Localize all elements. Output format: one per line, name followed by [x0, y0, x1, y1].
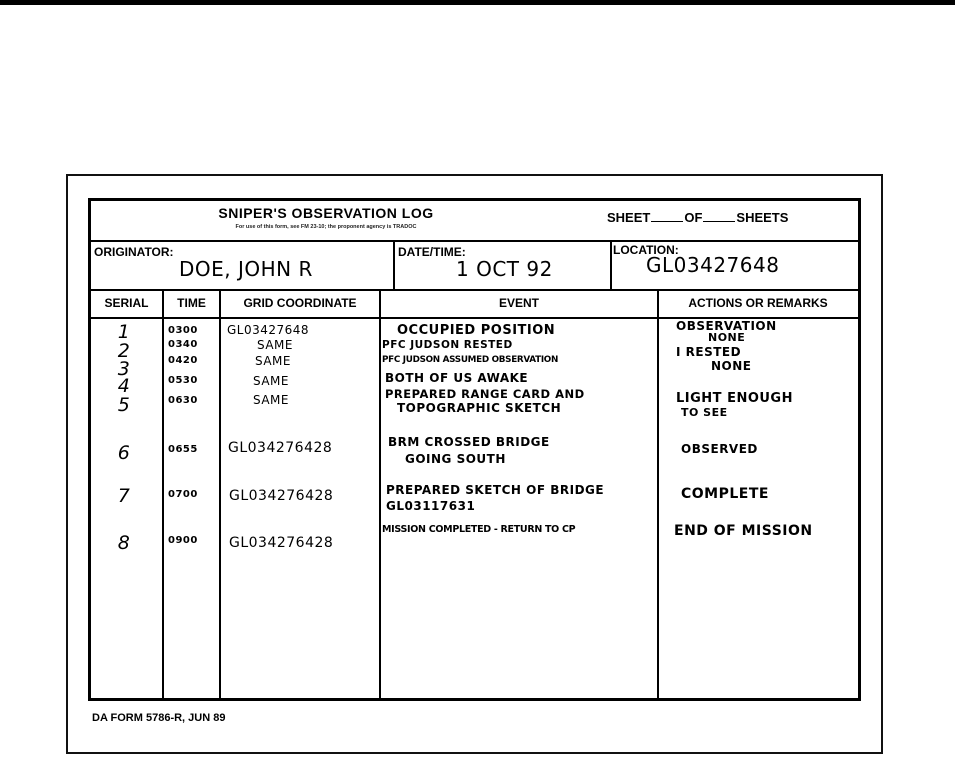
event-cell: TOPOGRAPHIC SKETCH [397, 401, 561, 415]
divider [219, 289, 221, 698]
grid-cell: SAME [257, 338, 293, 352]
divider [91, 289, 858, 291]
form-title: SNIPER'S OBSERVATION LOG [91, 205, 561, 221]
column-header-time: TIME [164, 296, 219, 310]
divider [657, 289, 659, 698]
time-cell: 0700 [168, 489, 198, 500]
remarks-cell: COMPLETE [681, 486, 769, 502]
column-header-serial: SERIAL [91, 296, 162, 310]
grid-cell: SAME [253, 374, 289, 388]
time-cell: 0420 [168, 355, 198, 366]
event-cell: BOTH OF US AWAKE [385, 371, 528, 385]
observation-log-form: SNIPER'S OBSERVATION LOG For use of this… [88, 198, 861, 701]
event-cell: PFC JUDSON ASSUMED OBSERVATION [382, 355, 558, 365]
grid-cell: SAME [253, 393, 289, 407]
grid-cell: GL034276428 [229, 535, 333, 551]
originator-label: ORIGINATOR: [94, 245, 174, 259]
originator-field[interactable]: DOE, JOHN R [179, 257, 313, 281]
serial-cell: 6 [104, 442, 144, 464]
grid-cell: GL034276428 [228, 440, 332, 456]
time-cell: 0340 [168, 339, 198, 350]
datetime-field[interactable]: 1 OCT 92 [456, 257, 553, 281]
top-border-bar [0, 0, 955, 5]
event-cell: GOING SOUTH [405, 452, 506, 466]
grid-cell: SAME [255, 354, 291, 368]
time-cell: 0630 [168, 395, 198, 406]
remarks-cell: NONE [708, 331, 745, 344]
grid-cell: GL034276428 [229, 488, 333, 504]
event-cell: PREPARED RANGE CARD AND [385, 387, 585, 401]
remarks-cell: NONE [711, 359, 751, 373]
event-cell: OCCUPIED POSITION [397, 323, 555, 338]
time-cell: 0655 [168, 444, 198, 455]
divider [393, 241, 395, 289]
serial-cell: 7 [104, 485, 144, 507]
divider [379, 289, 381, 698]
sheet-total-field[interactable] [703, 211, 735, 222]
remarks-cell: LIGHT ENOUGH [676, 391, 793, 406]
event-cell: PREPARED SKETCH OF BRIDGE [386, 483, 604, 497]
sheets-label: SHEETS [736, 210, 788, 225]
remarks-cell: TO SEE [681, 406, 728, 419]
sheet-number-field[interactable] [651, 211, 683, 222]
location-field[interactable]: GL03427648 [646, 253, 779, 277]
divider [91, 240, 858, 242]
form-number: DA FORM 5786-R, JUN 89 [92, 712, 225, 724]
column-header-event: EVENT [381, 296, 657, 310]
grid-cell: GL03427648 [227, 323, 309, 337]
event-cell: BRM CROSSED BRIDGE [388, 435, 550, 449]
sheet-counter: SHEETOFSHEETS [607, 210, 788, 225]
form-subtitle: For use of this form, see FM 23-10; the … [91, 224, 561, 230]
time-cell: 0900 [168, 535, 198, 546]
divider [610, 241, 612, 289]
column-header-remarks: ACTIONS OR REMARKS [659, 296, 857, 310]
remarks-cell: OBSERVED [681, 442, 758, 456]
sheet-label: SHEET [607, 210, 650, 225]
event-cell: GL03117631 [386, 499, 475, 513]
serial-cell: 8 [104, 532, 144, 554]
time-cell: 0530 [168, 375, 198, 386]
column-header-grid: GRID COORDINATE [221, 296, 379, 310]
remarks-cell: END OF MISSION [674, 523, 813, 539]
time-cell: 0300 [168, 325, 198, 336]
event-cell: PFC JUDSON RESTED [382, 339, 513, 351]
event-cell: MISSION COMPLETED - RETURN TO CP [382, 524, 575, 535]
serial-cell: 5 [104, 394, 144, 416]
remarks-cell: I RESTED [676, 345, 741, 359]
of-label: OF [684, 210, 702, 225]
divider [162, 289, 164, 698]
